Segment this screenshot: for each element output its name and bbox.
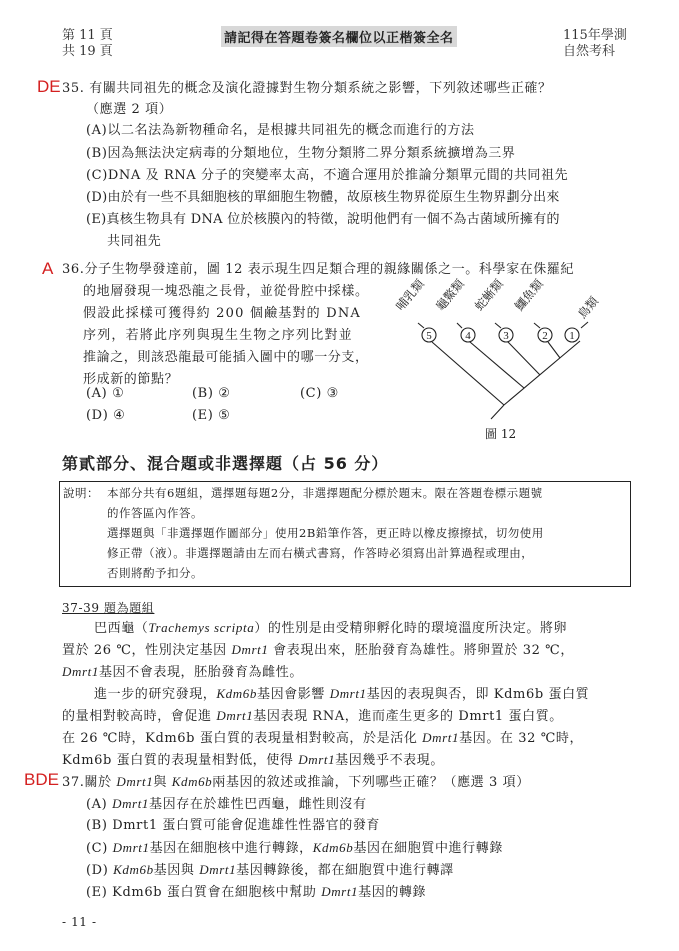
- instructions-line-5: 否則將酌予扣分。: [107, 563, 203, 583]
- question-number: 36.: [62, 262, 84, 277]
- figure-caption: 圖 12: [485, 425, 516, 442]
- question-stem-line-2: 的地層發現一塊恐龍之長骨，並從骨腔中採樣。: [83, 282, 369, 302]
- option-d: (D) ④: [86, 406, 125, 426]
- page-number-label: 第 11 頁: [62, 27, 113, 44]
- option-c: (C) Dmrt1基因在細胞核中進行轉錄，Kdm6b基因在細胞質中進行轉錄: [86, 838, 503, 859]
- option-a: (A)以二名法為新物種命名，是根據共同祖先的概念而進行的方法: [86, 121, 475, 141]
- question-stem-line-1: 分子生物學發達前，圖 12 表示現生四足類合理的親緣關係之一。科學家在侏羅紀: [84, 262, 574, 277]
- section-title: 第貳部分、混合題或非選擇題（占 56 分）: [62, 451, 388, 474]
- instructions-box: 說明： 本部分共有6題組，選擇題每題2分，非選擇題配分標於題末。限在答題卷標示題…: [59, 481, 631, 587]
- passage-line-1: 巴西龜（Trachemys scripta）的性別是由受精卵孵化時的環境溫度所決…: [94, 618, 567, 639]
- option-b: (B) ②: [192, 384, 231, 404]
- option-c: (C) ③: [300, 384, 339, 404]
- option-a: (A) Dmrt1基因存在於雄性巴西龜，雌性則沒有: [86, 794, 367, 815]
- total-pages-label: 共 19 頁: [62, 43, 113, 60]
- node-3-label: 3: [503, 330, 509, 342]
- option-c: (C)DNA 及 RNA 分子的突變率太高，不適合運用於推論分類單元間的共同祖先: [86, 166, 568, 186]
- option-e: (E)真核生物具有 DNA 位於核膜內的特徵，說明他們有一個不為古菌域所擁有的: [86, 210, 560, 230]
- option-d: (D) Kdm6b基因與 Dmrt1基因轉錄後，都在細胞質中進行轉譯: [86, 860, 454, 881]
- passage-line-4: 進一步的研究發現，Kdm6b基因會影響 Dmrt1基因的表現與否，即 Kdm6b…: [94, 684, 589, 705]
- passage-line-5: 的量相對較高時，會促進 Dmrt1基因表現 RNA，進而產生更多的 Dmrt1 …: [62, 706, 563, 727]
- option-a: (A) ①: [86, 384, 124, 404]
- option-e: (E) ⑤: [192, 406, 230, 426]
- instructions-label: 說明：: [63, 483, 99, 503]
- select-count-note: （應選 2 項）: [86, 100, 172, 120]
- question-stem-line-5: 推論之，則該恐龍最可能插入圖中的哪一分支，: [83, 348, 369, 368]
- page-footer-number: - 11 -: [62, 912, 97, 932]
- question-group-title: 37-39 題為題組: [62, 598, 154, 618]
- question-stem-line-4: 序列，若將此序列與現生生物之序列比對並: [83, 326, 353, 346]
- passage-line-6: 在 26 ℃時，Kdm6b 蛋白質的表現量相對較高，於是活化 Dmrt1基因。在…: [62, 728, 583, 749]
- answer-mark: A: [42, 259, 53, 279]
- signature-reminder-banner: 請記得在答題卷簽名欄位以正楷簽全名: [221, 26, 457, 47]
- passage-line-3: Dmrt1基因不會表現，胚胎發育為雌性。: [62, 662, 303, 683]
- answer-mark: BDE: [24, 770, 59, 790]
- option-e: (E) Kdm6b 蛋白質會在細胞核中幫助 Dmrt1基因的轉錄: [86, 882, 426, 903]
- question-stem: 有關共同祖先的概念及演化證據對生物分類系統之影響，下列敘述哪些正確？: [89, 81, 551, 96]
- option-b: (B) Dmrt1 蛋白質可能會促進雄性性器官的發育: [86, 816, 380, 836]
- instructions-line-1: 本部分共有6題組，選擇題每題2分，非選擇題配分標於題末。限在答題卷標示題號: [107, 483, 543, 503]
- instructions-line-4: 修正帶（液）。非選擇題請由左而右橫式書寫，作答時必須寫出計算過程或理由，: [107, 543, 533, 563]
- passage-line-2: 置於 26 ℃，性別決定基因 Dmrt1 會表現出來，胚胎發育為雄性。將卵置於 …: [62, 640, 574, 661]
- option-b: (B)因為無法決定病毒的分類地位，生物分類將二界分類系統擴增為三界: [86, 144, 516, 164]
- answer-mark: DE: [37, 77, 61, 97]
- species-name: Trachemys scripta: [148, 620, 254, 635]
- question-number: 35.: [62, 81, 84, 96]
- node-5-label: 5: [426, 330, 432, 342]
- question-stem: 37.關於 Dmrt1與 Kdm6b兩基因的敘述或推論，下列哪些正確？（應選 3…: [62, 772, 530, 793]
- instructions-line-2: 的作答區內作答。: [107, 503, 203, 523]
- instructions-line-3: 選擇題與「非選擇題作圖部分」使用2B鉛筆作答，更正時以橡皮擦擦拭，切勿使用: [107, 523, 544, 543]
- option-e-continued: 共同祖先: [107, 232, 161, 252]
- node-1-label: 1: [569, 330, 575, 342]
- question-stem-line-3: 假設此採樣可獲得約 200 個鹼基對的 DNA: [83, 304, 361, 324]
- node-2-label: 2: [542, 330, 548, 342]
- option-d: (D)由於有一些不具細胞核的單細胞生物體，故原核生物界從原生生物界劃分出來: [86, 188, 560, 208]
- exam-name: 115年學測: [563, 27, 627, 44]
- figure-12-cladogram: 5 4 3 2 1 哺乳類 龜鱉類 蛇蜥類 鱷魚類 鳥類 圖 12: [380, 280, 630, 450]
- node-4-label: 4: [465, 330, 471, 342]
- subject-name: 自然考科: [563, 43, 615, 60]
- passage-line-7: Kdm6b 蛋白質的表現量相對低，使得 Dmrt1基因幾乎不表現。: [62, 750, 444, 771]
